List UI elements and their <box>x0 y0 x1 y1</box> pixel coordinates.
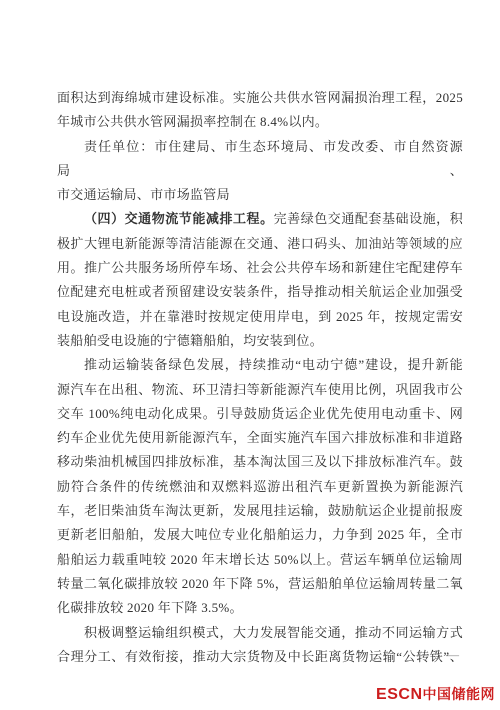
text-line: 船舶运力载重吨较 2020 年末增长达 50%以上。营运车辆单位运输周 <box>57 548 463 572</box>
text-line-responsible-units: 市交通运输局、市市场监管局 <box>57 183 463 207</box>
escn-logo-chinese: 中国储能网 <box>423 688 496 703</box>
text-line: 车，老旧柴油货车淘汰更新，发展甩挂运输，鼓励航运企业提前报废 <box>57 499 463 523</box>
section-heading-bold: （四）交通物流节能减排工程。 <box>84 211 274 226</box>
text-line: 极扩大锂电新能源等清洁能源在交通、港口码头、加油站等领域的应 <box>57 232 463 256</box>
text-line: 用。推广公共服务场所停车场、社会公共停车场和新建住宅配建停车 <box>57 256 463 280</box>
section-heading-rest: 完善绿色交通配套基础设施，积 <box>274 211 463 226</box>
text-line: 更新老旧船舶，发展大吨位专业化船舶运力，力争到 2025 年，全市 <box>57 523 463 547</box>
page-number: — 5 — <box>416 647 460 663</box>
text-line: 电设施改造，并在靠港时按规定使用岸电，到 2025 年，按规定需安 <box>57 305 463 329</box>
text-line: 化碳排放较 2020 年下降 3.5%。 <box>57 596 463 620</box>
text-line: 装船舶受电设施的宁德籍船舶，均安装到位。 <box>57 329 463 353</box>
text-line: 源汽车在出租、物流、环卫清扫等新能源汽车使用比例，巩固我市公 <box>57 378 463 402</box>
text-line: 年城市公共供水管网漏损率控制在 8.4%以内。 <box>57 110 463 134</box>
text-line: 转量二氧化碳排放较 2020 年下降 5%，营运船舶单位运输周转量二氧 <box>57 572 463 596</box>
document-text-block: 面积达到海绵城市建设标准。实施公共供水管网漏损治理工程，2025 年城市公共供水… <box>57 86 463 669</box>
escn-logo-latin: ESCN <box>376 686 422 703</box>
text-line: 面积达到海绵城市建设标准。实施公共供水管网漏损治理工程，2025 <box>57 86 463 110</box>
text-line-paragraph-start: 积极调整运输组织模式，大力发展智能交通，推动不同运输方式 <box>57 621 463 645</box>
text-line: 约车企业优先使用新能源汽车，全面实施汽车国六排放标准和非道路 <box>57 426 463 450</box>
text-line: 励符合条件的传统燃油和双燃料巡游出租汽车更新置换为新能源汽 <box>57 475 463 499</box>
text-line: 移动柴油机械国四排放标准，基本淘汰国三及以下排放标准汽车。鼓 <box>57 450 463 474</box>
text-line: 交车 100%纯电动化成果。引导鼓励货运企业优先使用电动重卡、网 <box>57 402 463 426</box>
text-line: 位配建充电桩或者预留建设安装条件，指导推动相关航运企业加强受 <box>57 280 463 304</box>
escn-watermark-logo: ESCN中国储能网 <box>376 684 495 707</box>
document-page: 面积达到海绵城市建设标准。实施公共供水管网漏损治理工程，2025 年城市公共供水… <box>0 0 500 710</box>
text-line-section-heading: （四）交通物流节能减排工程。完善绿色交通配套基础设施，积 <box>57 207 463 231</box>
text-line-paragraph-start: 推动运输装备绿色发展，持续推动“电动宁德”建设，提升新能 <box>57 353 463 377</box>
text-line: 合理分工、有效衔接，推动大宗货物及中长距离货物运输“公转铁”、 <box>57 645 463 669</box>
text-line-responsible-units: 责任单位：市住建局、市生态环境局、市发改委、市自然资源局、 <box>57 135 463 184</box>
